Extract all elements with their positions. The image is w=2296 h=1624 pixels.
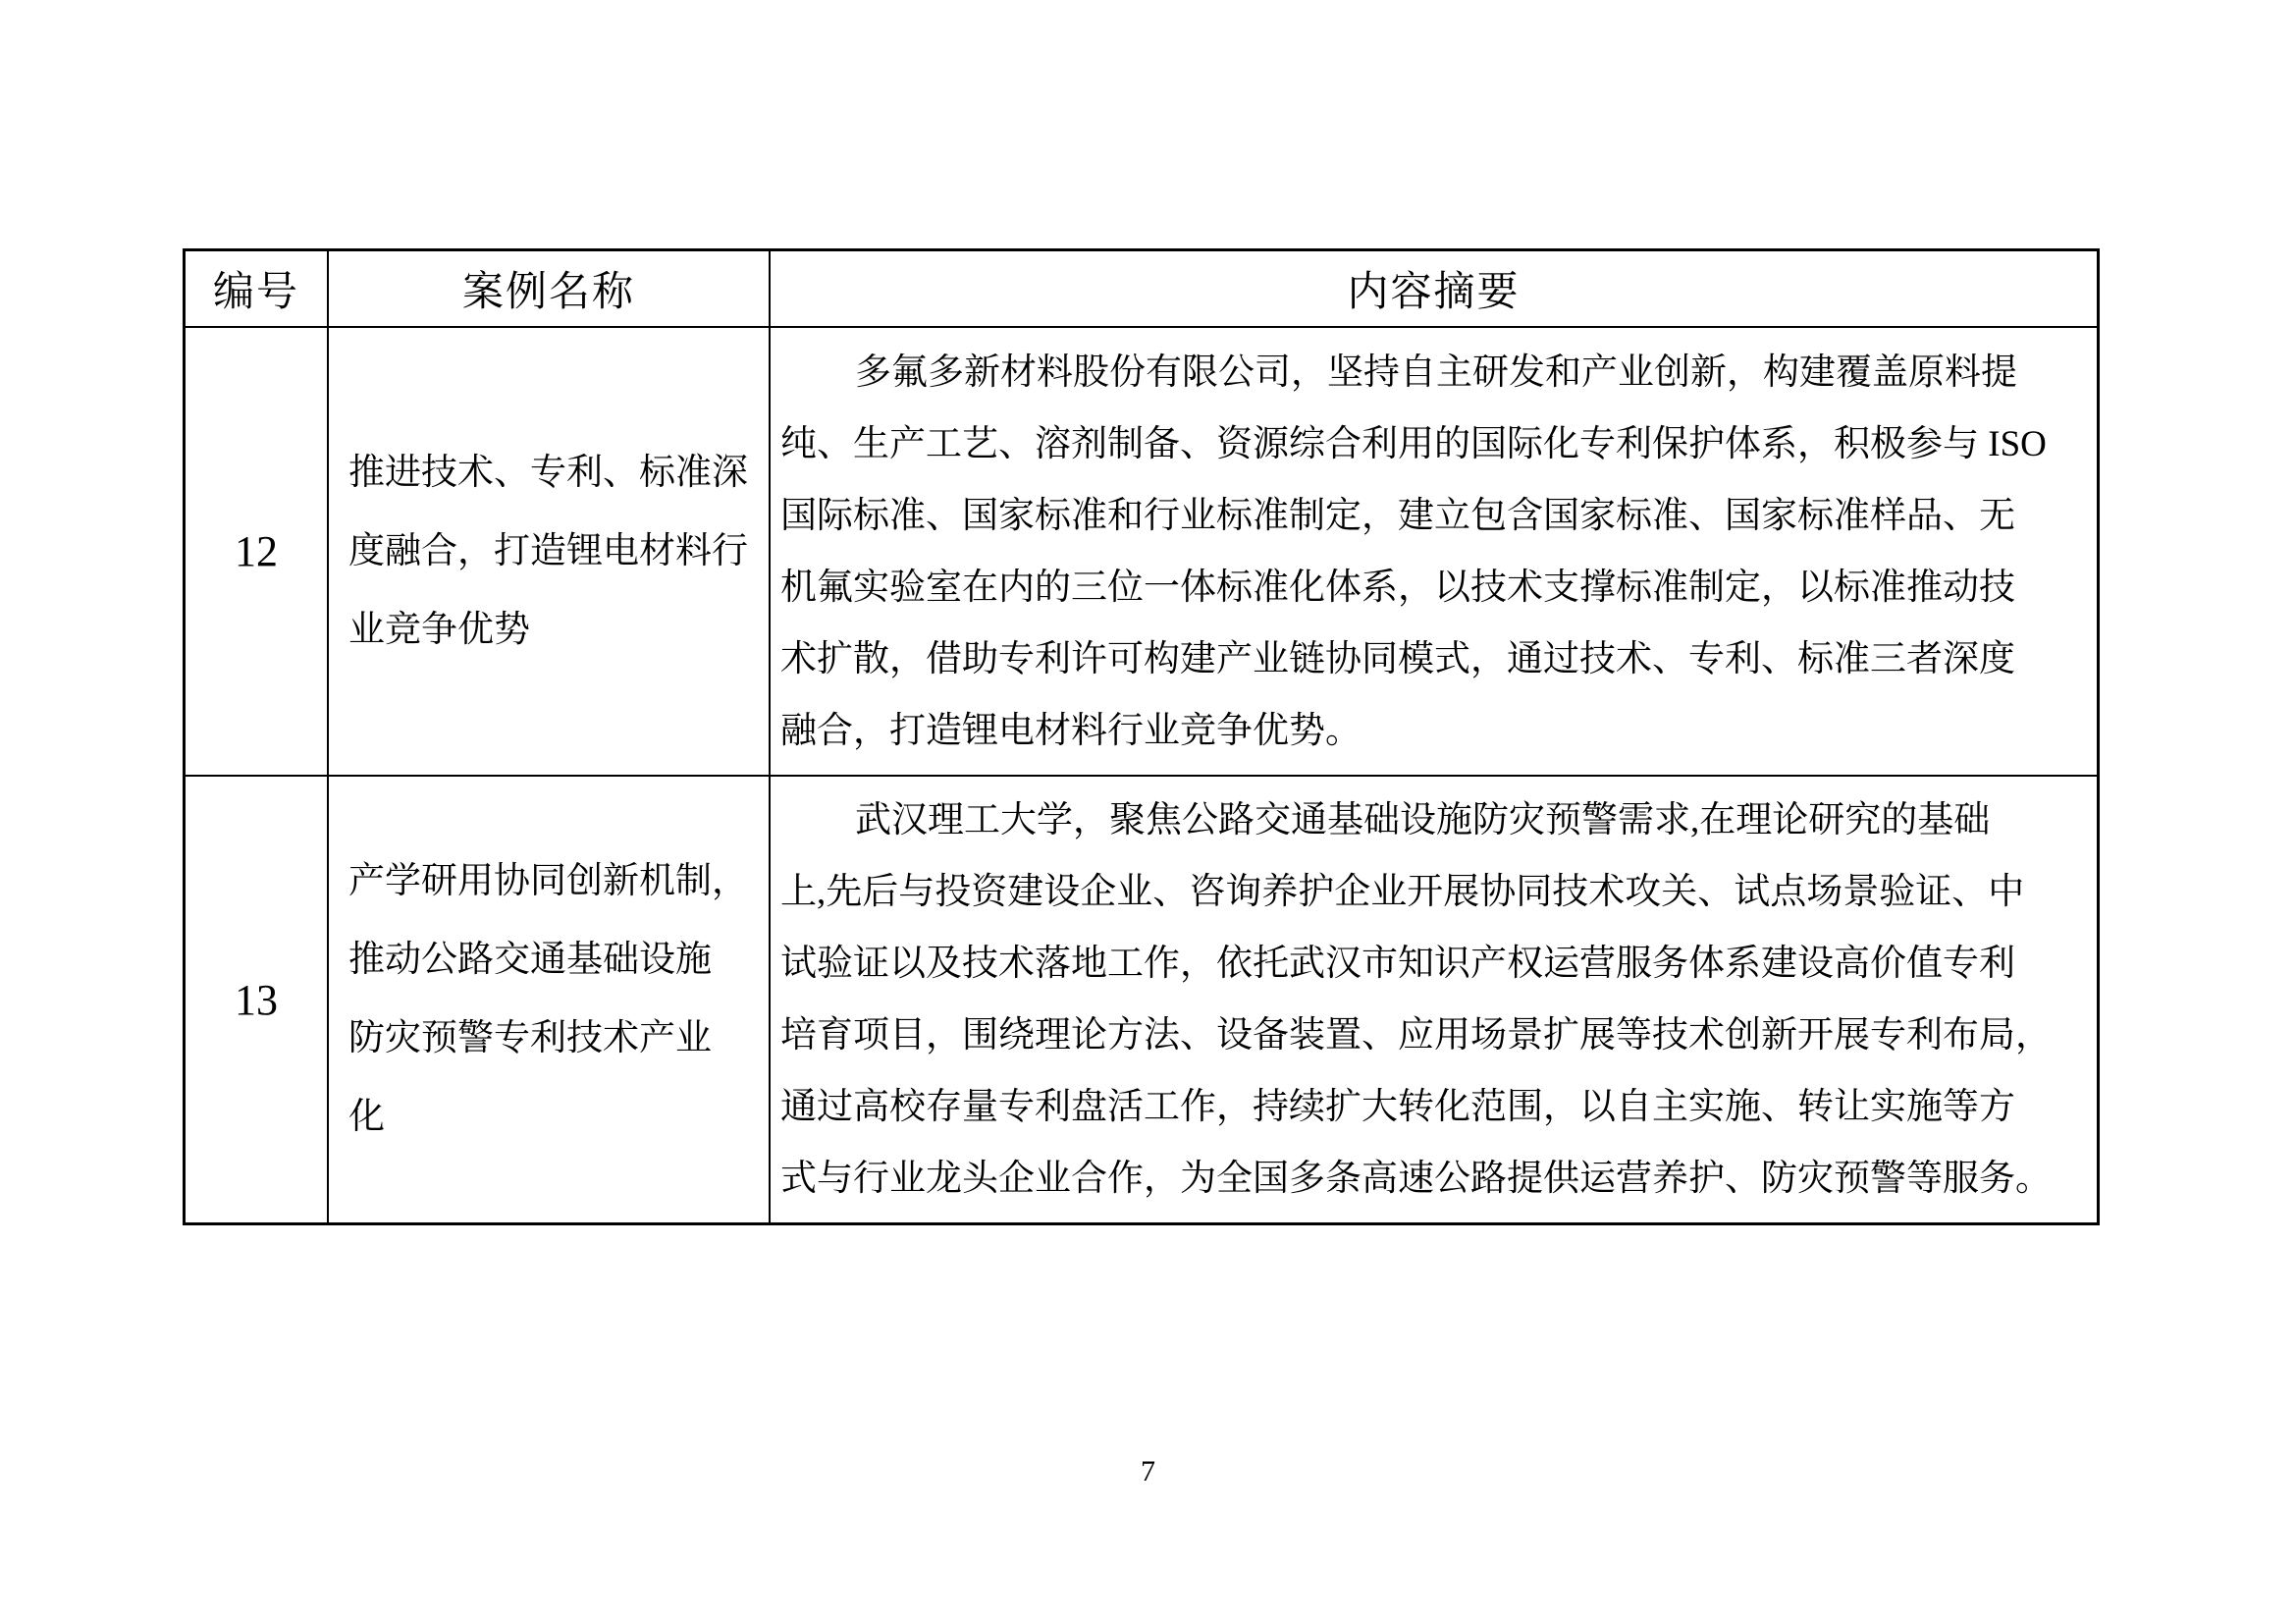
header-cell-id: 编号 [186,251,327,326]
document-page: 编号 案例名称 内容摘要 12 推进技术、专利、标准深 度融合，打造锂电材料行 … [0,0,2296,1624]
case-id-cell: 13 [186,775,327,1222]
header-summary-label: 内容摘要 [1347,259,1520,318]
case-name: 产学研用协同创新机制， 推动公路交通基础设施 防灾预警专利技术产业 化 [348,842,748,1157]
case-name: 推进技术、专利、标准深 度融合，打造锂电材料行 业竞争优势 [348,434,748,670]
case-name-cell: 推进技术、专利、标准深 度融合，打造锂电材料行 业竞争优势 [327,326,769,775]
header-id-label: 编号 [213,259,299,318]
case-summary: 多氟多新材料股份有限公司，坚持自主研发和产业创新，构建覆盖原料提 纯、生产工艺、… [780,337,2047,767]
case-summary: 武汉理工大学，聚焦公路交通基础设施防灾预警需求,在理论研究的基础 上,先后与投资… [780,785,2052,1215]
header-cell-name: 案例名称 [327,251,769,326]
case-id: 12 [235,526,278,576]
case-id-cell: 12 [186,326,327,775]
header-name-label: 案例名称 [462,259,635,318]
page-number: 7 [0,1455,2296,1489]
cases-table: 编号 案例名称 内容摘要 12 推进技术、专利、标准深 度融合，打造锂电材料行 … [183,248,2100,1225]
case-summary-cell: 多氟多新材料股份有限公司，坚持自主研发和产业创新，构建覆盖原料提 纯、生产工艺、… [769,326,2097,775]
case-id: 13 [235,975,278,1025]
case-name-cell: 产学研用协同创新机制， 推动公路交通基础设施 防灾预警专利技术产业 化 [327,775,769,1222]
header-cell-summary: 内容摘要 [769,251,2097,326]
case-summary-cell: 武汉理工大学，聚焦公路交通基础设施防灾预警需求,在理论研究的基础 上,先后与投资… [769,775,2097,1222]
